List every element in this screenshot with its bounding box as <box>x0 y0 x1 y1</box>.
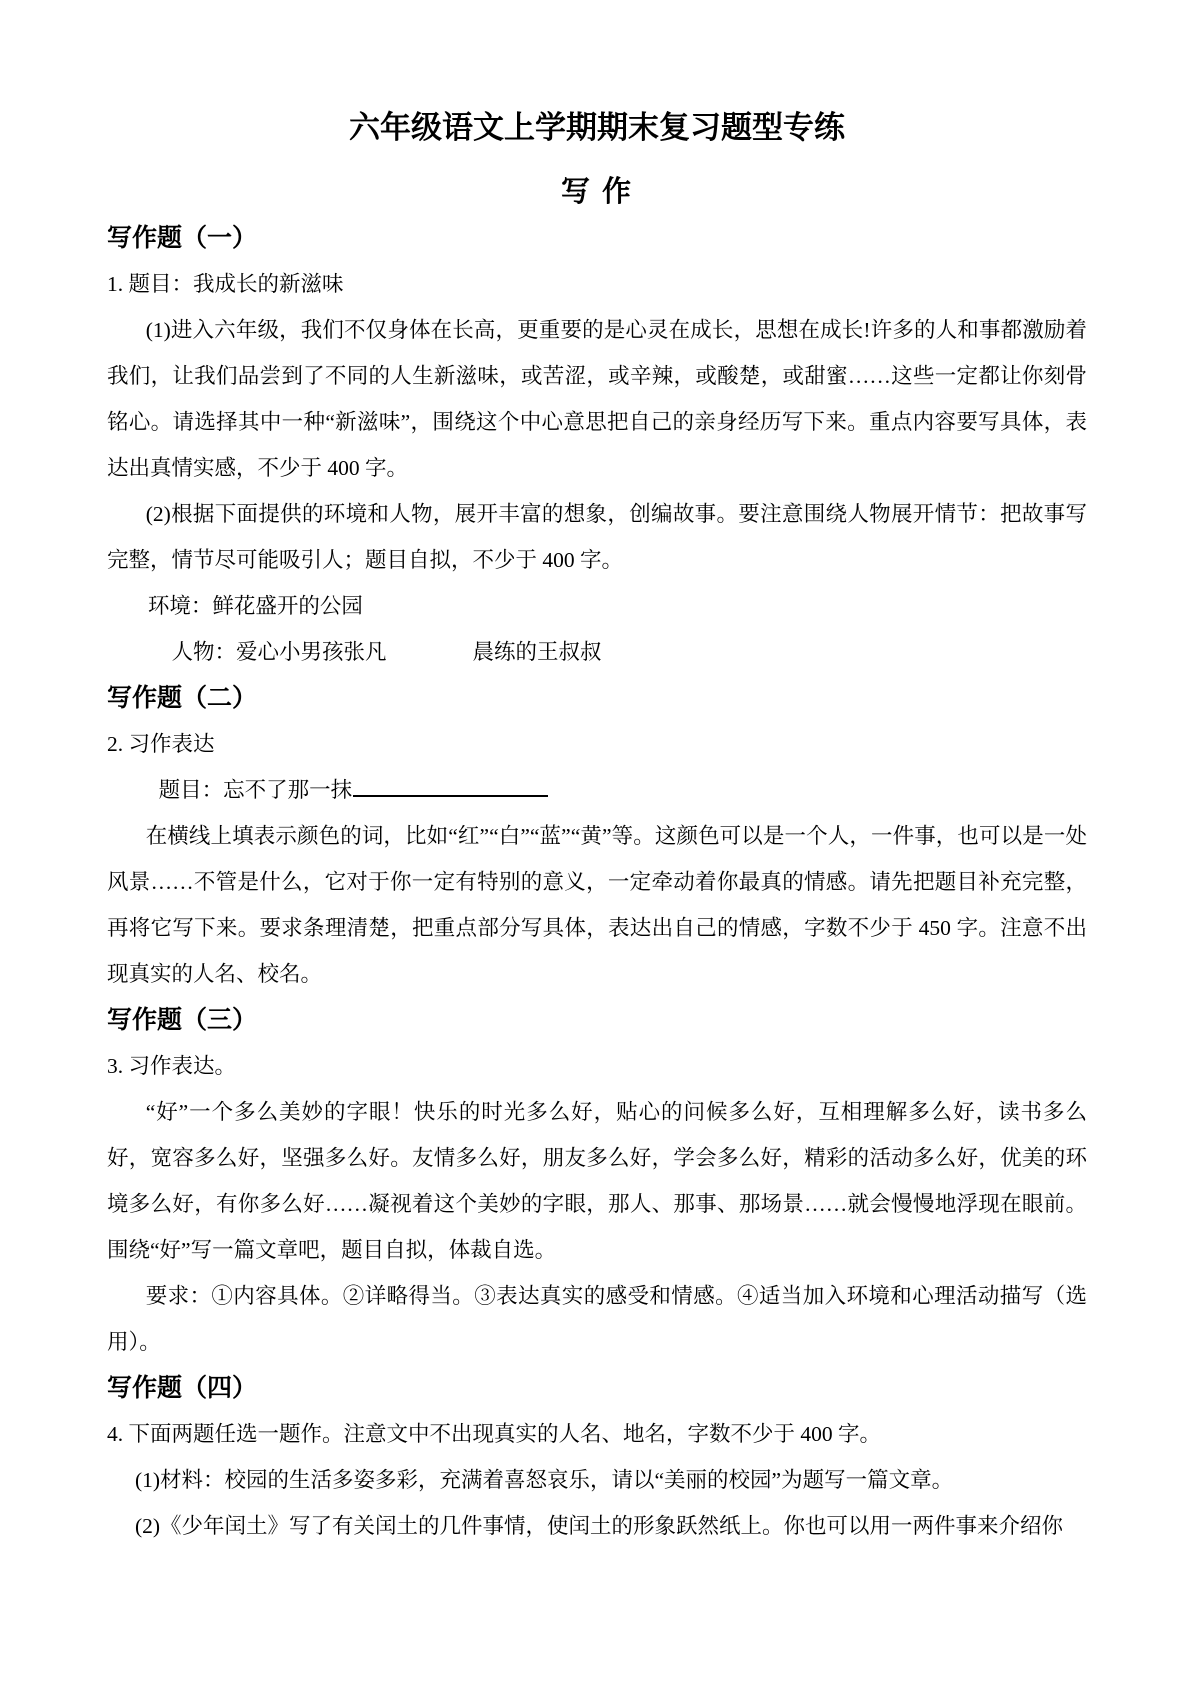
question-3-requirements: 要求：①内容具体。②详略得当。③表达真实的感受和情感。④适当加入环境和心理活动描… <box>107 1273 1087 1365</box>
section-writing-3: 写作题（三） 3. 习作表达。 “好”一个多么美妙的字眼！快乐的时光多么好，贴心… <box>107 997 1087 1365</box>
question-2-title: 2. 习作表达 <box>107 721 1087 767</box>
question-4-title: 4. 下面两题任选一题作。注意文中不出现真实的人名、地名，字数不少于 400 字… <box>107 1411 1087 1457</box>
question-1-title: 1. 题目：我成长的新滋味 <box>107 261 1087 307</box>
character-second: 晨练的王叔叔 <box>473 640 602 664</box>
section-3-heading: 写作题（三） <box>107 997 1087 1043</box>
characters-line: 人物：爱心小男孩张凡晨练的王叔叔 <box>107 629 1087 675</box>
section-4-heading: 写作题（四） <box>107 1365 1087 1411</box>
document-page: 六年级语文上学期期末复习题型专练 写 作 写作题（一） 1. 题目：我成长的新滋… <box>0 0 1191 1684</box>
question-3-body: “好”一个多么美妙的字眼！快乐的时光多么好，贴心的问候多么好，互相理解多么好，读… <box>107 1089 1087 1273</box>
question-3-title: 3. 习作表达。 <box>107 1043 1087 1089</box>
inter-column-gap <box>387 658 473 659</box>
character-first: 人物：爱心小男孩张凡 <box>172 640 387 664</box>
blank-underline <box>353 772 548 797</box>
question-4-option-1: (1)材料：校园的生活多姿多彩，充满着喜怒哀乐，请以“美丽的校园”为题写一篇文章… <box>107 1457 1087 1503</box>
document-title: 六年级语文上学期期末复习题型专练 <box>107 105 1087 151</box>
section-writing-4: 写作题（四） 4. 下面两题任选一题作。注意文中不出现真实的人名、地名，字数不少… <box>107 1365 1087 1549</box>
question-1-part-2: (2)根据下面提供的环境和人物，展开丰富的想象，创编故事。要注意围绕人物展开情节… <box>107 491 1087 583</box>
environment-line: 环境：鲜花盛开的公园 <box>107 583 1087 629</box>
section-2-heading: 写作题（二） <box>107 675 1087 721</box>
section-writing-1: 写作题（一） 1. 题目：我成长的新滋味 (1)进入六年级，我们不仅身体在长高，… <box>107 215 1087 675</box>
question-4-option-2: (2)《少年闰土》写了有关闰土的几件事情，使闰土的形象跃然纸上。你也可以用一两件… <box>107 1503 1087 1549</box>
section-1-heading: 写作题（一） <box>107 215 1087 261</box>
document-subtitle: 写 作 <box>107 169 1087 215</box>
question-2-body: 在横线上填表示颜色的词，比如“红”“白”“蓝”“黄”等。这颜色可以是一个人，一件… <box>107 813 1087 997</box>
section-writing-2: 写作题（二） 2. 习作表达 题目：忘不了那一抹 在横线上填表示颜色的词，比如“… <box>107 675 1087 997</box>
question-1-part-1: (1)进入六年级，我们不仅身体在长高，更重要的是心灵在成长，思想在成长!许多的人… <box>107 307 1087 491</box>
fill-in-title-line: 题目：忘不了那一抹 <box>107 767 1087 813</box>
fill-in-title-prefix: 题目：忘不了那一抹 <box>159 778 353 802</box>
